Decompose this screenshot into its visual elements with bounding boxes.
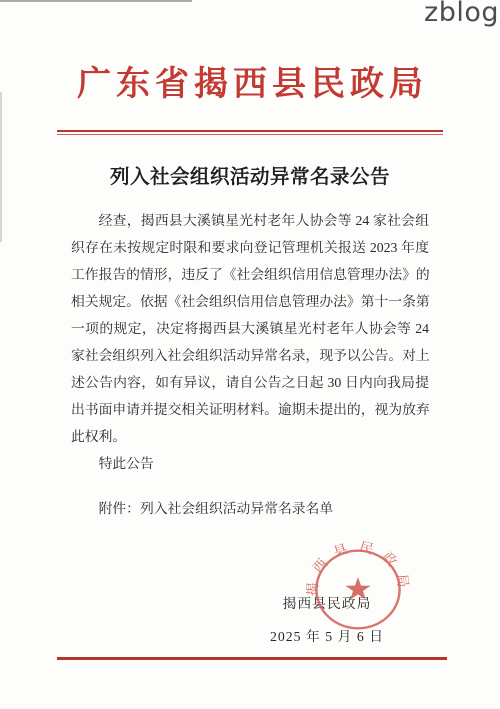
header-divider-double-rule — [57, 130, 443, 135]
scan-artifact-top-edge — [0, 0, 192, 2]
agency-header-title: 广东省揭西县民政局 — [0, 56, 500, 105]
body-line: 家社会组织列入社会组织活动异常名录，现予以公告。对上 — [71, 342, 429, 369]
notice-body: 经查，揭西县大溪镇星光村老年人协会等 24 家社会组 织存在未按规定时限和要求向… — [71, 207, 429, 522]
body-line: 经查，揭西县大溪镇星光村老年人协会等 24 家社会组 — [71, 207, 429, 234]
body-line: 相关规定。依据《社会组织信用信息管理办法》第十一条第 — [71, 288, 429, 315]
closing-statement: 特此公告 — [71, 450, 429, 477]
watermark-zblog: zblog — [424, 0, 499, 28]
seal-arc-text: 揭西县民政局 — [306, 541, 410, 597]
body-line: 织存在未按规定时限和要求向登记管理机关报送 2023 年度 — [71, 234, 429, 261]
footer-divider-rule — [57, 657, 447, 660]
body-line: 述公告内容，如有异议，请自公告之日起 30 日内向我局提 — [71, 369, 429, 396]
body-line: 此权利。 — [71, 423, 429, 450]
body-line: 出书面申请并提交相关证明材料。逾期未提出的，视为放弃 — [71, 396, 429, 423]
body-line: 工作报告的情形，违反了《社会组织信用信息管理办法》的 — [71, 261, 429, 288]
notice-title: 列入社会组织活动异常名录公告 — [0, 161, 500, 189]
attachment-reference: 附件：列入社会组织活动异常名录名单 — [71, 495, 429, 522]
body-line: 一项的规定，决定将揭西县大溪镇星光村老年人协会等 24 — [71, 315, 429, 342]
signature-agency: 揭西县民政局 — [270, 594, 384, 614]
scanned-notice-page: zblog 广东省揭西县民政局 列入社会组织活动异常名录公告 经查，揭西县大溪镇… — [0, 0, 500, 709]
signature-block: 揭西县民政局 2025 年 5 月 6 日 — [270, 594, 384, 647]
signature-date: 2025 年 5 月 6 日 — [270, 627, 384, 647]
